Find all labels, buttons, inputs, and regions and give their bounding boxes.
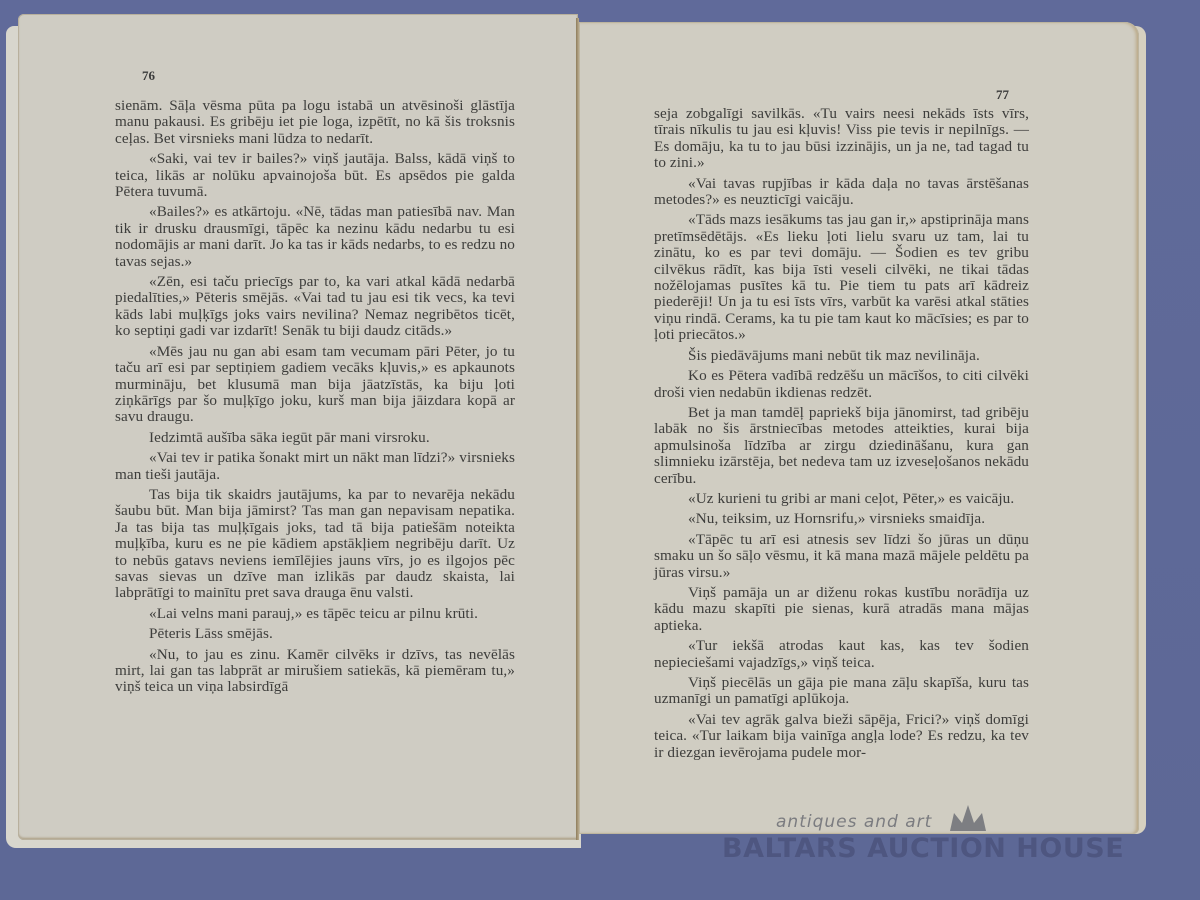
right-page-text: seja zobgalīgi savilkās. «Tu vairs neesi… <box>654 106 1029 761</box>
paragraph: «Tur iekšā atrodas kaut kas, kas tev šod… <box>654 638 1029 671</box>
paragraph: «Tāds mazs iesākums tas jau gan ir,» aps… <box>654 212 1029 343</box>
paragraph: «Zēn, esi taču priecīgs par to, ka vari … <box>115 274 515 340</box>
paragraph: Šis piedāvājums mani nebūt tik maz nevil… <box>654 348 1029 364</box>
paragraph: Bet ja man tamdēļ papriekš bija jānomirs… <box>654 405 1029 487</box>
paragraph: Viņš piecēlās un gāja pie mana zāļu skap… <box>654 675 1029 708</box>
paragraph: «Vai tavas rupjības ir kāda daļa no tava… <box>654 176 1029 209</box>
paragraph: «Nu, teiksim, uz Hornsrifu,» virsnieks s… <box>654 511 1029 527</box>
paragraph: Iedzimtā aušība sāka iegūt pār mani virs… <box>115 430 515 446</box>
right-page: 77 seja zobgalīgi savilkās. «Tu vairs ne… <box>579 22 1139 834</box>
paragraph: «Lai velns mani parauj,» es tāpēc teicu … <box>115 606 515 622</box>
left-page: 76 sienām. Sāļa vēsma pūta pa logu istab… <box>18 14 578 840</box>
paragraph: «Nu, to jau es zinu. Kamēr cilvēks ir dz… <box>115 647 515 696</box>
paragraph: «Vai tev agrāk galva bieži sāpēja, Frici… <box>654 712 1029 761</box>
watermark-tagline: antiques and art <box>776 812 932 832</box>
left-page-text: sienām. Sāļa vēsma pūta pa logu istabā u… <box>115 98 515 696</box>
crown-icon <box>948 803 988 833</box>
watermark-name: BALTARS AUCTION HOUSE <box>722 833 1124 864</box>
paragraph: Viņš pamāja un ar diženu rokas kustību n… <box>654 585 1029 634</box>
paragraph: «Vai tev ir patika šonakt mirt un nākt m… <box>115 450 515 483</box>
paragraph: «Tāpēc tu arī esi atnesis sev līdzi šo j… <box>654 532 1029 581</box>
book-gutter <box>576 18 579 840</box>
paragraph: sienām. Sāļa vēsma pūta pa logu istabā u… <box>115 98 515 147</box>
page-number-right: 77 <box>996 87 1009 103</box>
paragraph: Tas bija tik skaidrs jautājums, ka par t… <box>115 487 515 602</box>
paragraph: Ko es Pētera vadībā redzēšu un mācīšos, … <box>654 368 1029 401</box>
paragraph: «Saki, vai tev ir bailes?» viņš jautāja.… <box>115 151 515 200</box>
paragraph: «Uz kurieni tu gribi ar mani ceļot, Pēte… <box>654 491 1029 507</box>
paragraph: «Mēs jau nu gan abi esam tam vecumam pār… <box>115 344 515 426</box>
paragraph: Pēteris Lāss smējās. <box>115 626 515 642</box>
paragraph: «Bailes?» es atkārtoju. «Nē, tādas man p… <box>115 204 515 270</box>
paragraph: seja zobgalīgi savilkās. «Tu vairs neesi… <box>654 106 1029 172</box>
page-number-left: 76 <box>142 68 155 84</box>
